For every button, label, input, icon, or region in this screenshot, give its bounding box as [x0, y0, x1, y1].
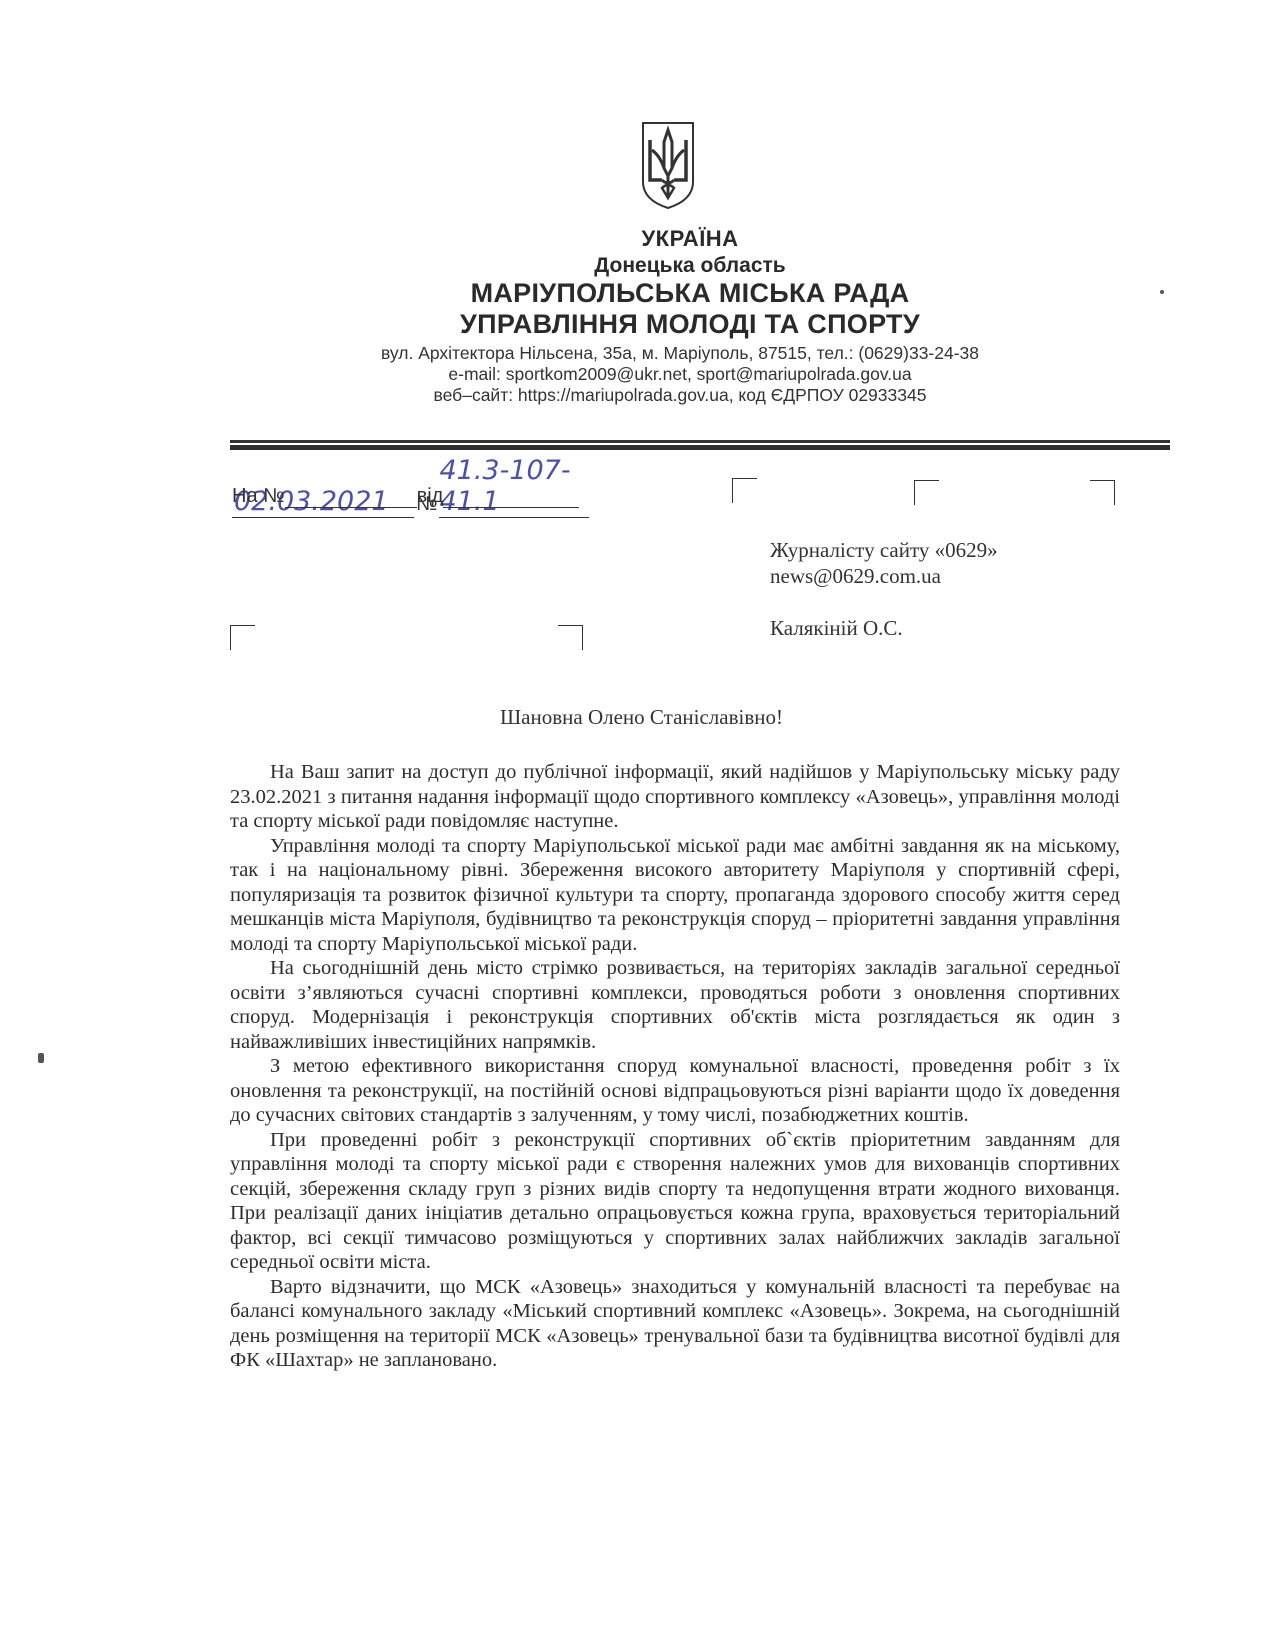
- reference-number-label: На №: [232, 485, 285, 507]
- salutation: Шановна Олено Станіславівно!: [500, 705, 783, 730]
- body-paragraph: Управління молоді та спорту Маріупольськ…: [230, 834, 1120, 957]
- scan-speck: [38, 1053, 44, 1063]
- scan-speck: [1160, 290, 1164, 294]
- header-divider-thin: [230, 440, 1170, 443]
- address-corner-mark: [1090, 480, 1115, 505]
- letterhead-address: вул. Архітектора Нільсена, 35а, м. Маріу…: [290, 343, 1070, 364]
- letterhead-country: УКРАЇНА: [370, 226, 1010, 252]
- subject-corner-mark: [558, 625, 583, 650]
- reference-date-blank: [443, 489, 579, 508]
- recipient-title: Журналісту сайту «0629»: [770, 538, 998, 563]
- recipient-name: Калякіній О.С.: [770, 616, 903, 641]
- body-paragraph: На Ваш запит на доступ до публічної інфо…: [230, 760, 1120, 834]
- body-paragraph: З метою ефективного використання споруд …: [230, 1054, 1120, 1128]
- letterhead-website: веб–сайт: https://mariupolrada.gov.ua, к…: [290, 385, 1070, 406]
- address-corner-mark: [914, 480, 939, 505]
- letter-body: На Ваш запит на доступ до публічної інфо…: [230, 760, 1120, 1373]
- letterhead-email: e-mail: sportkom2009@ukr.net, sport@mari…: [290, 364, 1070, 385]
- letterhead-region: Донецька область: [370, 254, 1010, 278]
- address-corner-mark: [732, 478, 757, 503]
- reference-date-label: від: [417, 485, 444, 507]
- subject-corner-mark: [230, 625, 255, 650]
- reference-number-blank: [285, 489, 417, 508]
- body-paragraph: Варто відзначити, що МСК «Азовець» знахо…: [230, 1275, 1120, 1373]
- recipient-email: news@0629.com.ua: [770, 564, 941, 589]
- body-paragraph: При проведенні робіт з реконструкції спо…: [230, 1128, 1120, 1275]
- letterhead-department: УПРАВЛІННЯ МОЛОДІ ТА СПОРТУ: [370, 309, 1010, 340]
- trident-coat-of-arms-icon: [640, 120, 696, 210]
- letterhead-council: МАРІУПОЛЬСЬКА МІСЬКА РАДА: [370, 278, 1010, 309]
- reference-line: На №від: [232, 485, 579, 508]
- body-paragraph: На сьогоднішній день місто стрімко розви…: [230, 956, 1120, 1054]
- header-divider-thick: [230, 445, 1170, 450]
